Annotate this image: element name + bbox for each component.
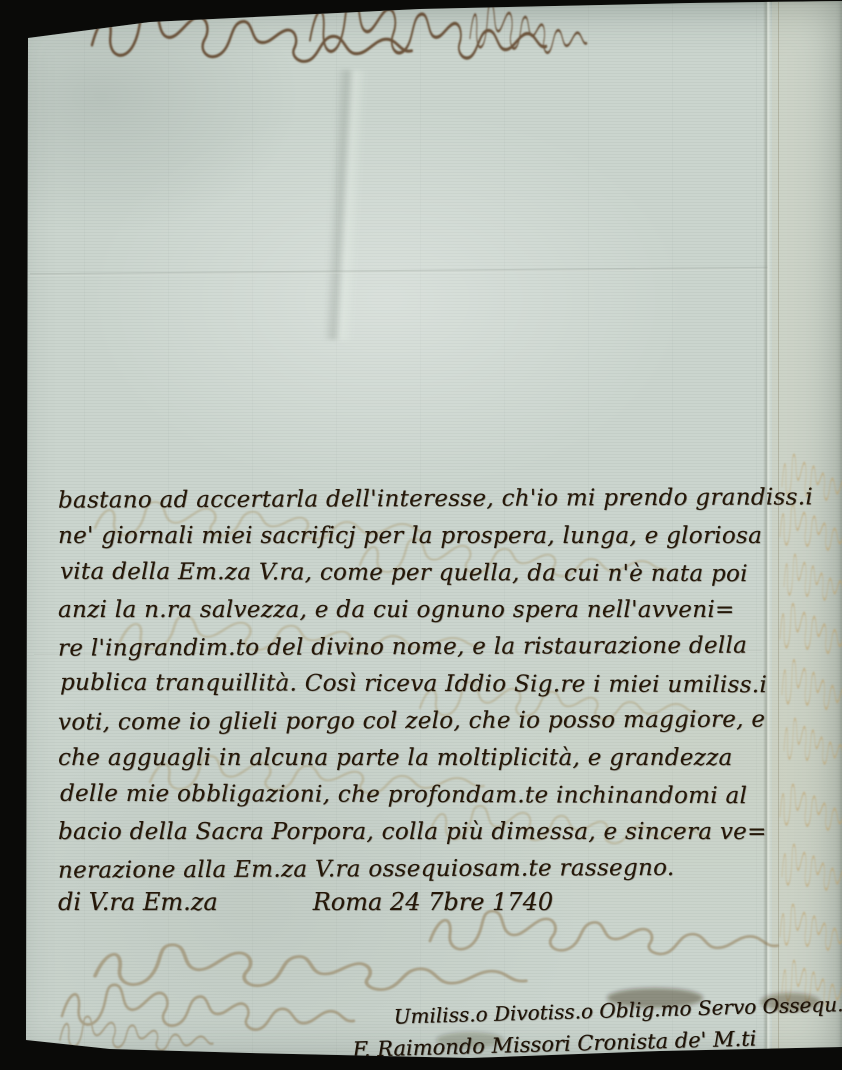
- top-inscription-ghost: [92, 0, 587, 61]
- letter-line: nerazione alla Em.za V.ra ossequiosam.te…: [58, 849, 798, 889]
- letter-body: bastano ad accertarla dell'interesse, ch…: [58, 481, 798, 888]
- letter-page: bastano ad accertarla dell'interesse, ch…: [0, 0, 842, 1070]
- letter-line: bacio della Sacra Porpora, colla più dim…: [58, 814, 798, 851]
- scan-background: bastano ad accertarla dell'interesse, ch…: [0, 0, 842, 1070]
- dateline: Roma 24 7bre 1740: [313, 888, 553, 916]
- letter-line: voti, come io glieli porgo col zelo, che…: [58, 701, 798, 741]
- letter-line: vita della Em.za V.ra, come per quella, …: [60, 554, 800, 594]
- letter-line: delle mie obbligazioni, che profondam.te…: [60, 776, 800, 816]
- letter-line: publica tranquillità. Così riceva Iddio …: [60, 665, 800, 705]
- signature-block: Umiliss.o Divotiss.o Oblig.mo Servo Osse…: [351, 988, 839, 1066]
- letter-line: re l'ingrandim.to del divino nome, e la …: [58, 627, 798, 667]
- horizontal-fold-crease: [30, 267, 768, 276]
- letter-line: ne' giornali miei sacrificj per la prosp…: [58, 518, 798, 555]
- letter-line: bastano ad accertarla dell'interesse, ch…: [58, 479, 798, 519]
- closing-row: di V.ra Em.za Roma 24 7bre 1740: [58, 888, 553, 916]
- letter-line: anzi la n.ra salvezza, e da cui ognuno s…: [58, 592, 798, 629]
- paper-wrinkle: [323, 69, 367, 340]
- closing-salutation: di V.ra Em.za: [58, 888, 218, 916]
- letter-line: che agguagli in alcuna parte la moltipli…: [58, 740, 798, 777]
